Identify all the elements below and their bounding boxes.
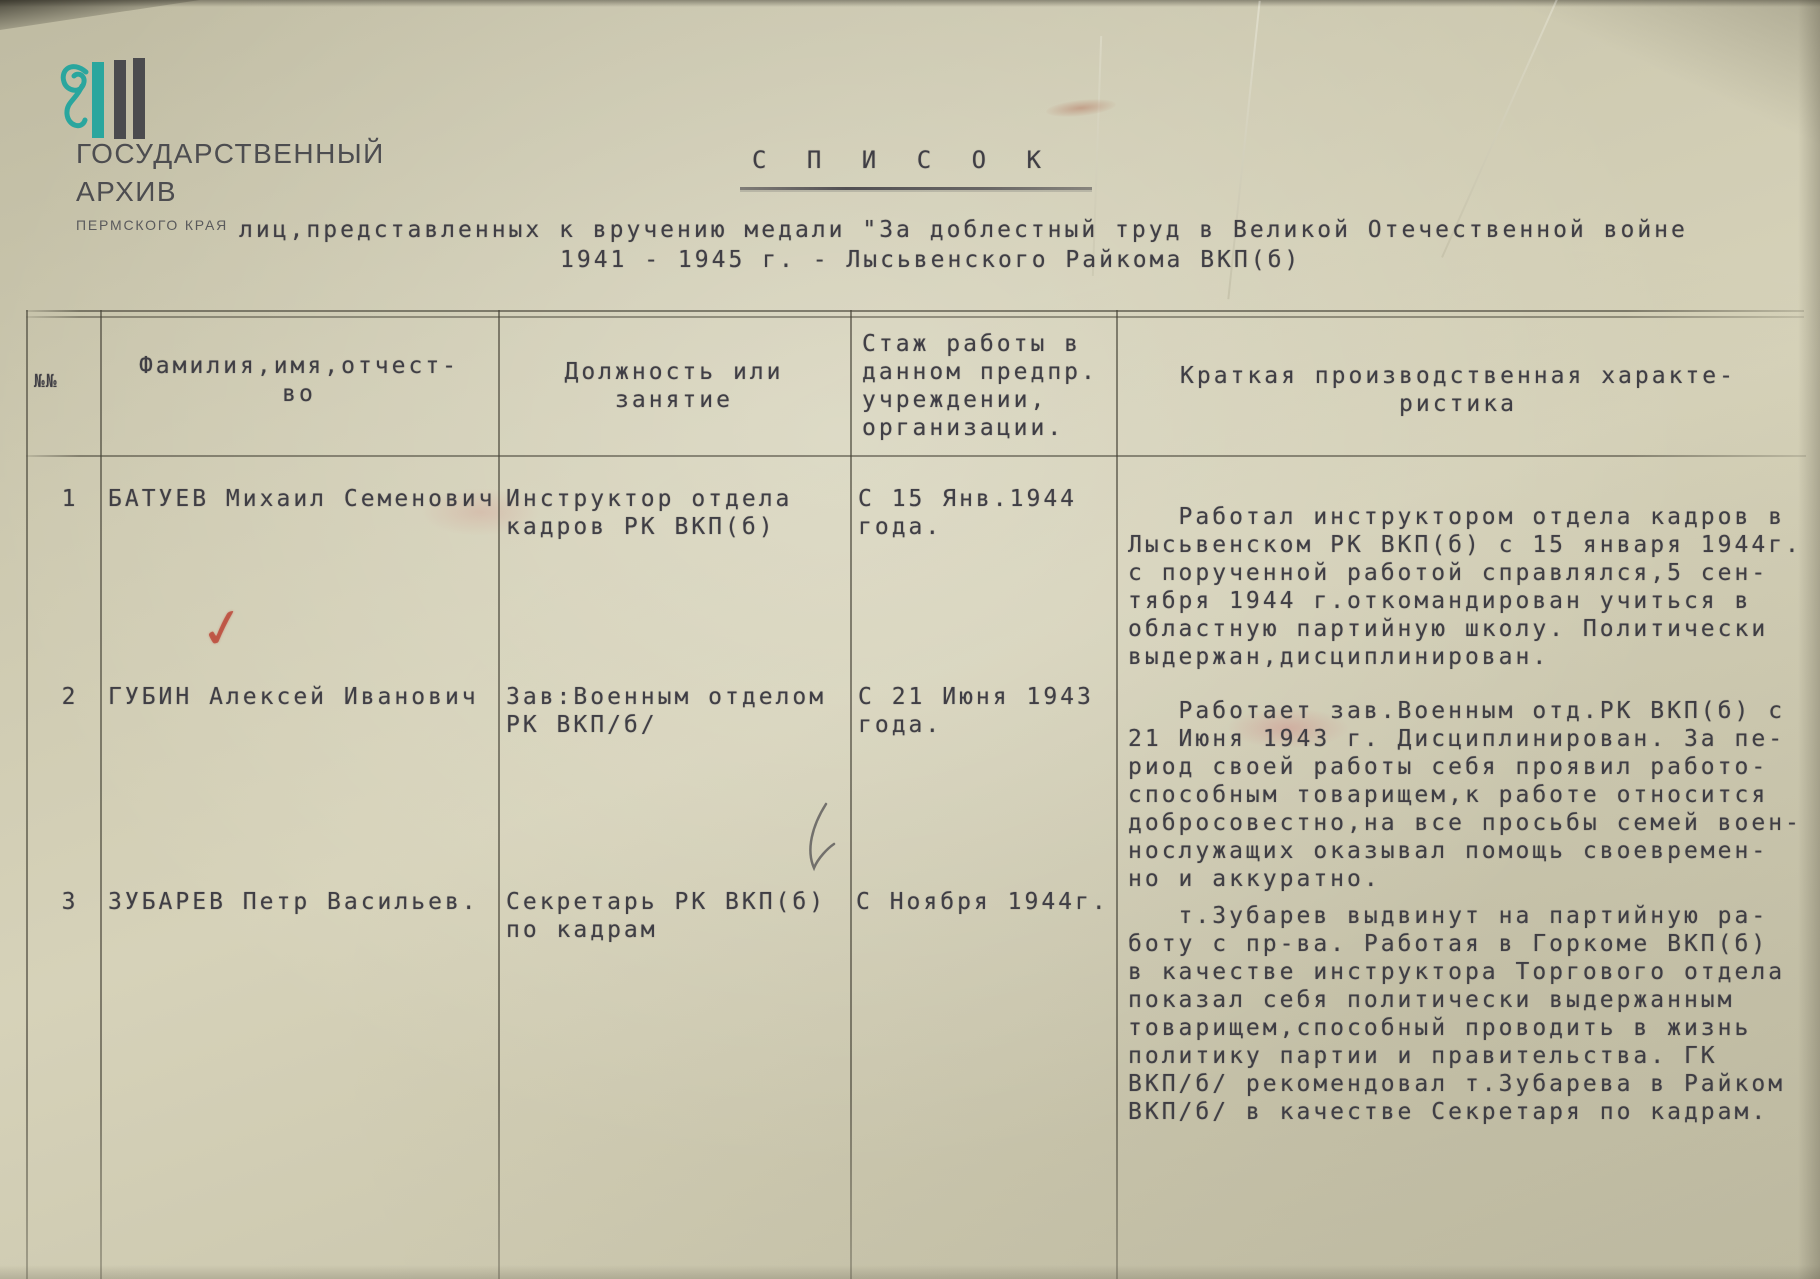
cell-description: Работает зав.Военным отд.РК ВКП(б) с 21 … [1128,697,1802,893]
cell-position: Секретарь РК ВКП(б) по кадрам [506,888,826,944]
header-number: №№ [30,368,100,396]
cell-name: БАТУЕВ Михаил Семенович [108,485,496,513]
cell-tenure: С 15 Янв.1944 года. [858,485,1077,541]
document-subtitle-line2: 1941 - 1945 г. - Лысьвенского Райкома ВК… [560,246,1301,274]
header-name: Фамилия,имя,отчест- во [100,352,498,408]
header-position: Должность или занятие [498,358,850,414]
cell-number: 3 [40,888,100,916]
archive-name-line1: ГОСУДАРСТВЕННЫЙ [76,138,496,170]
paper-fold-shadow [1490,0,1820,150]
table-column-divider [498,310,500,1279]
paper-stain [1045,96,1116,119]
cell-number: 1 [40,485,100,513]
header-tenure: Стаж работы в данном предпр. учреждении,… [862,330,1112,442]
table-top-border [26,310,1804,312]
cell-position: Зав:Военным отделом РК ВКП/б/ [506,683,826,739]
cell-tenure: С Ноября 1944г. [856,888,1109,916]
pen-mark-annotation [792,798,852,878]
title-underline [740,187,1092,190]
cell-description: Работал инструктором отдела кадров в Лыс… [1128,503,1802,671]
cell-tenure: С 21 Июня 1943 года. [858,683,1094,739]
archive-name-line2: АРХИВ [76,176,496,208]
archive-logo-icon [58,56,158,144]
table-column-divider [850,310,852,1279]
cell-description: т.Зубарев выдвинут на партийную ра- боту… [1128,902,1785,1126]
paper-bottom-edge [0,1265,1820,1279]
document-title: С П И С О К [752,146,1054,174]
scanned-document-page: ГОСУДАРСТВЕННЫЙ АРХИВ ПЕРМСКОГО КРАЯ С П… [0,0,1820,1279]
document-subtitle-line1: лиц,представленных к вручению медали "За… [239,216,1688,244]
cell-position: Инструктор отдела кадров РК ВКП(б) [506,485,792,541]
table-top-border-double [26,316,1804,318]
table-left-border [26,310,28,1279]
header-description: Краткая производственная характе- ристик… [1116,362,1800,418]
table-column-divider [100,310,102,1279]
cell-number: 2 [40,683,100,711]
paper-corner-shadow [0,0,200,30]
table-column-divider [1116,310,1118,1279]
table-header-divider [26,455,1806,457]
cell-name: ГУБИН Алексей Иванович [108,683,479,711]
cell-name: ЗУБАРЕВ Петр Васильев. [108,888,479,916]
red-checkmark-annotation: ✓ [196,598,250,659]
